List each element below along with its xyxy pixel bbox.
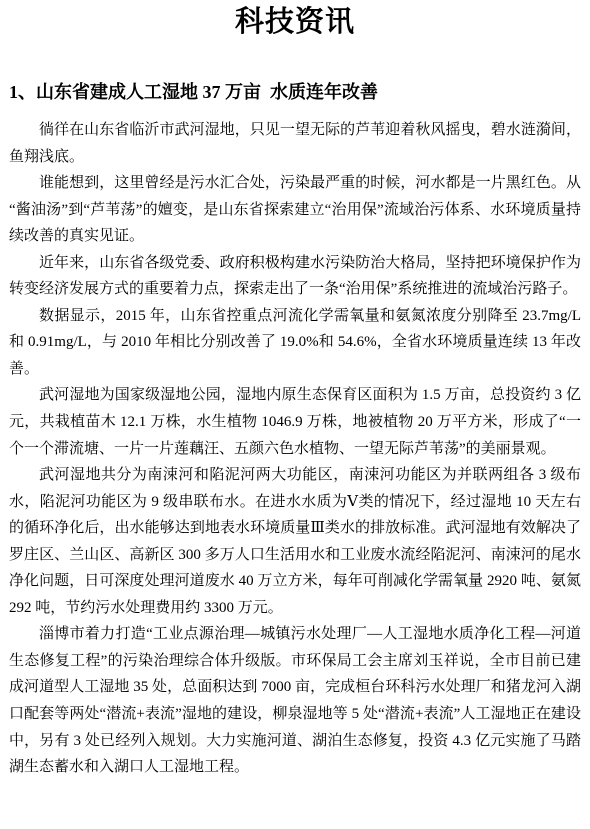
article-paragraph: 数据显示，2015 年，山东省控重点河流化学需氧量和氨氮浓度分别降至 23.7m… bbox=[9, 303, 581, 383]
article-paragraph: 淄博市着力打造“工业点源治理—城镇污水处理厂—人工湿地水质净化工程—河道生态修复… bbox=[9, 621, 581, 780]
article-paragraph: 徜徉在山东省临沂市武河湿地，只见一望无际的芦苇迎着秋风摇曳，碧水涟漪间，鱼翔浅底… bbox=[9, 117, 581, 170]
page-title: 科技资讯 bbox=[9, 2, 581, 40]
article-heading: 1、山东省建成人工湿地 37 万亩 水质连年改善 bbox=[9, 80, 581, 104]
article-paragraph: 武河湿地共分为南涑河和陷泥河两大功能区，南涑河功能区为并联两组各 3 级布水，陷… bbox=[9, 462, 581, 621]
article-paragraph: 近年来，山东省各级党委、政府积极构建水污染防治大格局，坚持把环境保护作为转变经济… bbox=[9, 250, 581, 303]
article-paragraph: 谁能想到，这里曾经是污水汇合处，污染最严重的时候，河水都是一片黑红色。从“酱油汤… bbox=[9, 170, 581, 250]
article-body: 徜徉在山东省临沂市武河湿地，只见一望无际的芦苇迎着秋风摇曳，碧水涟漪间，鱼翔浅底… bbox=[9, 117, 581, 781]
document-page: 科技资讯 1、山东省建成人工湿地 37 万亩 水质连年改善 徜徉在山东省临沂市武… bbox=[0, 0, 590, 829]
article-paragraph: 武河湿地为国家级湿地公园，湿地内原生态保育区面积为 1.5 万亩，总投资约 3 … bbox=[9, 382, 581, 462]
